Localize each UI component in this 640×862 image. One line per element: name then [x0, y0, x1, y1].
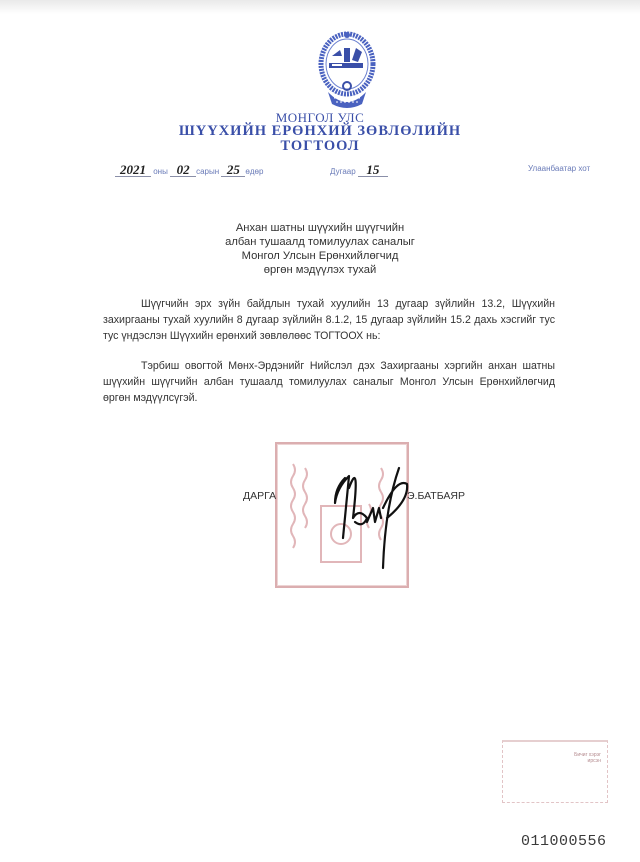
paragraph-text: Тэрбиш овогтой Мөнх-Эрдэнийг Нийслэл дэх… [103, 360, 555, 404]
subject-line: албан тушаалд томилуулах саналыг [0, 235, 640, 249]
year-suffix: оны [153, 167, 168, 176]
document-type-heading: ТОГТООЛ [0, 138, 640, 155]
day-suffix: өдөр [245, 167, 263, 176]
year-value: 2021 [115, 164, 151, 177]
signatory-position: ДАРГА [243, 490, 276, 502]
signatory-name: Э.БАТБАЯР [407, 490, 465, 502]
subject-line: өргөн мэдүүлэх тухай [0, 263, 640, 277]
handwritten-signature-icon [315, 448, 425, 578]
receipt-stamp-text: Бичиг хэрэг ирсэн [574, 752, 601, 764]
document-subject: Анхан шатны шүүхийн шүүгчийн албан тушаа… [0, 221, 640, 277]
paragraph-text: Шүүгчийн эрх зүйн байдлын тухай хуулийн … [103, 298, 555, 342]
subject-line: Анхан шатны шүүхийн шүүгчийн [0, 221, 640, 235]
body-paragraph: Шүүгчийн эрх зүйн байдлын тухай хуулийн … [103, 296, 555, 344]
day-value: 25 [221, 164, 245, 177]
scan-edge-shading [0, 0, 640, 14]
receipt-stamp-icon: Бичиг хэрэг ирсэн [502, 740, 608, 803]
serial-number: 011000556 [521, 833, 607, 850]
body-paragraph: Тэрбиш овогтой Мөнх-Эрдэнийг Нийслэл дэх… [103, 358, 555, 406]
month-suffix: сарын [196, 167, 219, 176]
subject-line: Монгол Улсын Ерөнхийлөгчид [0, 249, 640, 263]
month-value: 02 [170, 164, 196, 177]
state-emblem-icon [314, 30, 380, 110]
number-label: Дугаар [330, 167, 356, 176]
number-value: 15 [358, 164, 388, 177]
document-number-field: Дугаар 15 [330, 164, 388, 177]
city-label: Улаанбаатар хот [528, 164, 590, 173]
date-field: 2021 оны 02сарын 25өдөр [115, 164, 263, 177]
